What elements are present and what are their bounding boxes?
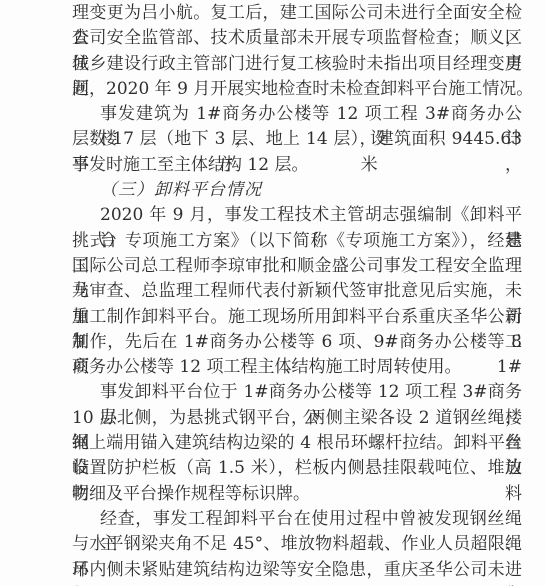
text-line: 龙审查、总监理工程师代表付新颖代签审批意见后实施，未重新 <box>72 279 522 304</box>
text-line: 2020 年 9 月，事发工程技术主管胡志强编制《卸料平台（悬 <box>72 203 522 228</box>
text-line: 10 层北侧，为悬挑式钢平台，两侧主梁各设 2 道钢丝绳，钢丝 <box>72 406 522 431</box>
document-page: 理变更为吕小航。复工后，建工国际公司未进行全面安全检查，公司安全监管部、技术质量… <box>0 0 545 586</box>
text-line: 设置防护栏板（高 1.5 米），栏板内侧悬挂限载吨位、堆放物料 <box>72 456 522 481</box>
text-line: 层数 17 层（地下 3 层、地上 14 层），建筑面积 9445.63 平方米… <box>72 127 522 152</box>
section-heading: （三）卸料平台情况 <box>72 178 522 203</box>
text-line: 城乡建设行政主管部门进行复工核验时未指出项目经理变更问 <box>72 52 522 77</box>
text-line: 制作，先后在 1#商务办公楼等 6 项、9#商务办公楼等 8 项、1# <box>72 330 522 355</box>
text-line: 绳上端用锚入建筑结构边梁的 4 根吊环螺杆拉结。卸料平台临边 <box>72 431 522 456</box>
text-line: 国际公司总工程师李琼审批和顺金盛公司事发工程安全监理马 <box>72 254 522 279</box>
text-line: 题，2020 年 9 月开展实地检查时未检查卸料平台施工情况。 <box>72 77 522 102</box>
text-line: 环内侧未紧贴建筑结构边梁等安全隐患，重庆圣华公司未进行彻 <box>72 558 522 583</box>
text-line: 公司安全监管部、技术质量部未开展专项监督检查；顺义区住房 <box>72 26 522 51</box>
text-line: 加工制作卸料平台。施工现场所用卸料平台系重庆圣华公司加工 <box>72 305 522 330</box>
text-line: 理变更为吕小航。复工后，建工国际公司未进行全面安全检查， <box>72 1 522 26</box>
text-line: 经查，事发工程卸料平台在使用过程中曾被发现钢丝绳主绳 <box>72 507 522 532</box>
text-line: 事发卸料平台位于 1#商务办公楼等 12 项工程 3#商务办公楼 <box>72 380 522 405</box>
text-line: 挑式）专项施工方案》（以下简称《专项施工方案》），经建工 <box>72 229 522 254</box>
text-line: 商务办公楼等 12 项工程主体结构施工时周转使用。 <box>72 355 522 380</box>
text-line: 与水平钢梁夹角不足 45°、堆放物料超载、作业人员超限、吊 <box>72 532 522 557</box>
text-line: 事发建筑为 1#商务办公楼等 12 项工程 3#商务办公楼，设计 <box>72 102 522 127</box>
document-body: 理变更为吕小航。复工后，建工国际公司未进行全面安全检查，公司安全监管部、技术质量… <box>72 1 522 583</box>
